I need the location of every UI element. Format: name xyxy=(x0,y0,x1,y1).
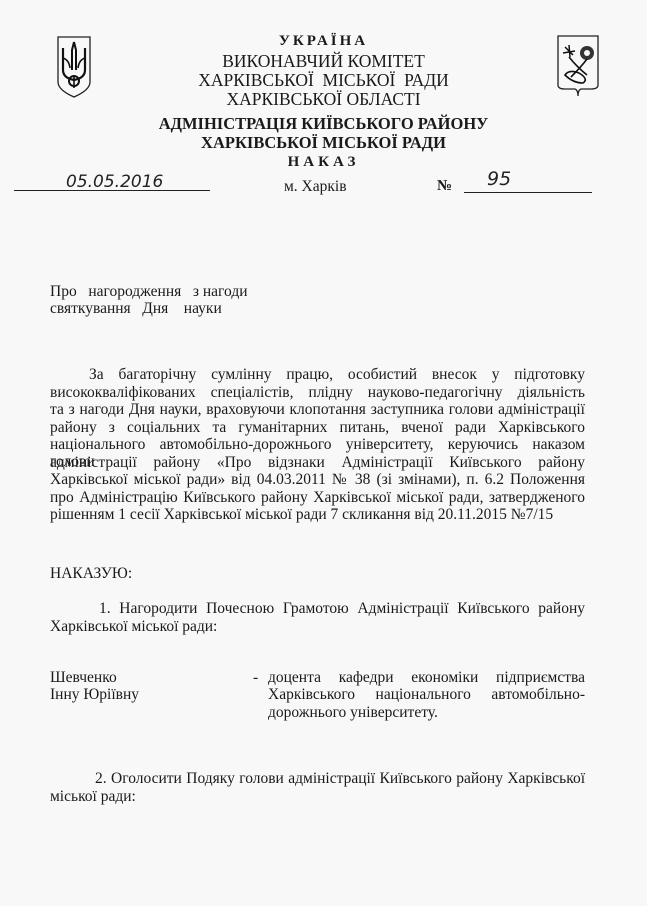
item-1-line-1: 1. Нагородити Почесною Грамотою Адмініст… xyxy=(99,600,585,617)
preamble-line: рішенням 1 сесії Харківської міської рад… xyxy=(50,506,553,523)
awardee-position-line-1: доцента кафедри економіки підприємства xyxy=(268,669,585,686)
preamble-line: За багаторічну сумлінну працю, особистий… xyxy=(89,366,585,383)
preamble-line: та з нагоди Дня науки, враховуючи клопот… xyxy=(50,401,585,418)
item-2-line-2: міської ради: xyxy=(50,788,136,805)
awardee-dash: - xyxy=(253,669,258,686)
preamble-line: адміністрації району «Про відзнаки Адмін… xyxy=(50,454,585,471)
awardee-position-line-3: дорожнього університету. xyxy=(268,704,438,721)
preamble-line: висококваліфікованих спеціалістів, плідн… xyxy=(50,384,585,401)
subject-line-1: Про нагородження з нагоди xyxy=(50,283,248,300)
subject-line-2: святкування Дня науки xyxy=(50,300,222,317)
awardee-surname: Шевченко xyxy=(50,669,117,686)
committee-line-1: ВИКОНАВЧИЙ КОМІТЕТ xyxy=(0,52,647,71)
date-handwritten: 05.05.2016 xyxy=(66,172,163,192)
awardee-position-line-2: Харківського національного автомобільно- xyxy=(268,686,585,703)
admin-line-2: ХАРКІВСЬКОЇ МІСЬКОЇ РАДИ xyxy=(0,133,647,152)
document-type: НАКАЗ xyxy=(0,153,647,172)
preamble-line: Харківської міської ради» від 04.03.2011… xyxy=(50,471,585,488)
preamble-line: про Адміністрацію Київського району Харк… xyxy=(50,489,585,506)
number-underline xyxy=(464,192,592,193)
committee-line-2: ХАРКІВСЬКОЇ МІСЬКОЇ РАДИ xyxy=(0,71,647,90)
country-title: УКРАЇНА xyxy=(0,32,647,51)
preamble-line: району з соціальних та гуманітарних пита… xyxy=(50,419,585,436)
committee-line-3: ХАРКІВСЬКОЇ ОБЛАСТІ xyxy=(0,90,647,109)
item-1-line-2: Харківської міської ради: xyxy=(50,618,217,635)
item-2-line-1: 2. Оголосити Подяку голови адміністрації… xyxy=(95,770,585,787)
awardee-given-names: Інну Юріївну xyxy=(50,686,139,703)
admin-line-1: АДМІНІСТРАЦІЯ КИЇВСЬКОГО РАЙОНУ xyxy=(0,114,647,133)
number-label: № xyxy=(437,178,452,195)
number-handwritten: 95 xyxy=(487,168,511,190)
city-label: м. Харків xyxy=(284,178,347,196)
order-word: НАКАЗУЮ: xyxy=(50,565,132,582)
